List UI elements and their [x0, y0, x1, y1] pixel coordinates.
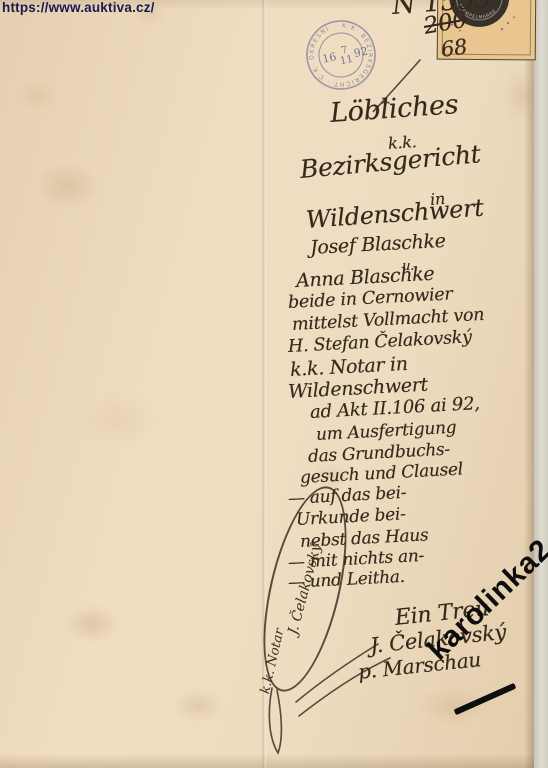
- oval-inner-text: J. Čelakovský: [285, 542, 325, 637]
- court-postmark-stamp: · K·K· BEZIRKSGERICHT · C·K· OKRESNÍ SOU…: [296, 8, 386, 98]
- ink-number-note: 68: [439, 34, 468, 61]
- scanned-auction-photo: https://www.auktiva.cz/ · K·K· BEZIRKSGE…: [0, 0, 548, 768]
- postmark-num-left: 16: [321, 50, 337, 66]
- seller-watermark: karolinka2: [412, 586, 548, 736]
- source-url-watermark: https://www.auktiva.cz/: [2, 0, 155, 15]
- postmark-month: 11: [339, 54, 354, 67]
